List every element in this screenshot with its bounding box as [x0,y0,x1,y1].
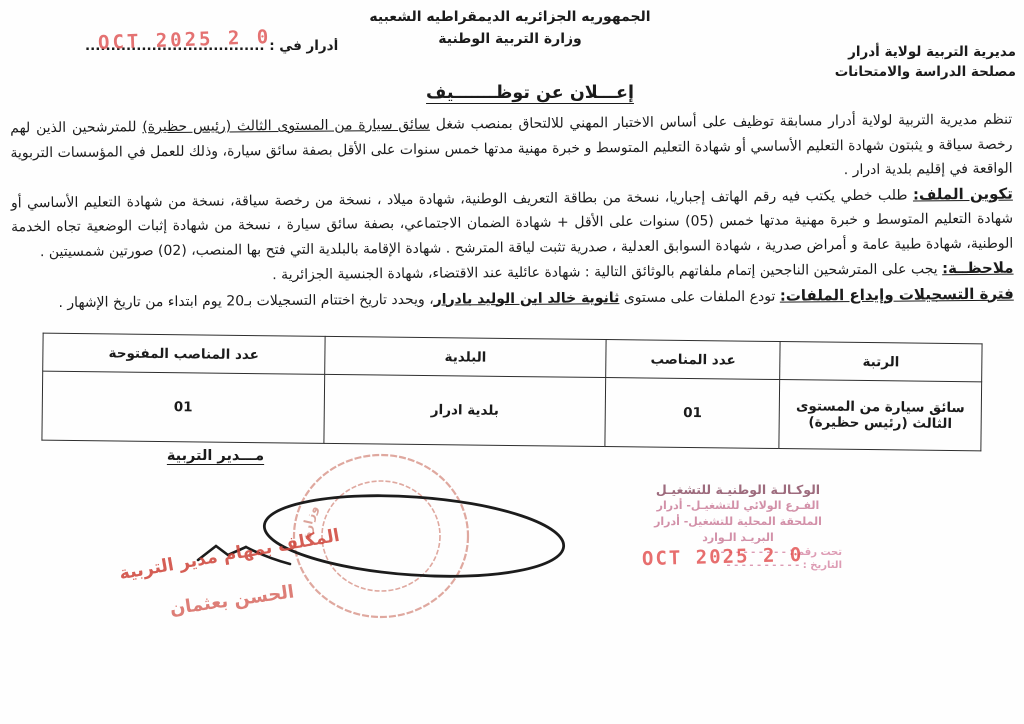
header-right: مديرية التربية لولاية أدرار مصلحة الدراس… [835,42,1016,82]
dossier-label: تكوين الملف: [913,184,1013,203]
cell-municipality: بلدية ادرار [324,374,606,446]
agency-line1: الوكـالـة الوطنيـة للتشغيـل [634,482,842,498]
intro-before: تنظم مديرية التربية لولاية أدرار مسابقة … [430,112,1012,133]
directorate-line: مديرية التربية لولاية أدرار [835,42,1016,62]
agency-line4: البريـد الـوارد [634,530,842,546]
registration-before: تودع الملفات على مستوى [619,288,780,305]
agency-line3: الملحقة المحلية للتشغيل- أدرار [634,514,842,530]
cell-open-positions: 01 [42,371,324,443]
positions-table: الرتبة عدد المناصب البلدية عدد المناصب ا… [41,333,982,452]
header-positions: عدد المناصب [606,340,780,380]
signature-scribble [172,488,582,596]
document-page: الجمهوريه الجزائريه الديمقراطيه الشعبيه … [0,0,1024,724]
cell-rank: سائق سيارة من المستوى الثالث (رئيس حظيرة… [779,380,982,451]
cell-positions: 01 [605,378,779,449]
date-stamp-agency: 0 2 OCT 2025 [642,544,804,570]
republic-title: الجمهوريه الجزائريه الديمقراطيه الشعبيه [314,6,706,28]
intro-underlined-post: سائق سيارة من المستوى الثالث (رئيس حظيرة… [142,117,430,136]
director-title: مـــدير التربية [148,448,283,464]
body-text: تنظم مديرية التربية لولاية أدرار مسابقة … [10,108,1014,316]
registration-school: ثانوية خالد ابن الوليد بادرار [434,290,620,308]
positions-table-wrap: الرتبة عدد المناصب البلدية عدد المناصب ا… [41,333,982,452]
service-line: مصلحة الدراسة والامتحانات [835,62,1016,82]
intro-paragraph: تنظم مديرية التربية لولاية أدرار مسابقة … [10,108,1013,190]
header-municipality: البلدية [324,336,606,377]
header-open-positions: عدد المناصب المفتوحة [43,333,325,374]
page-title: إعـــلان عن توظـــــــيف [405,83,655,103]
dossier-text: طلب خطي يكتب فيه رقم الهاتف إجباريا، نسخ… [11,187,1014,260]
dossier-paragraph: تكوين الملف: طلب خطي يكتب فيه رقم الهاتف… [11,181,1014,264]
agency-line2: الفـرع الولائي للتشغيـل- أدرار [634,498,842,514]
note-label: ملاحظــة: [942,259,1014,278]
table-row: سائق سيارة من المستوى الثالث (رئيس حظيرة… [42,371,982,451]
note-text: يجب على المترشحين الناجحين إتمام ملفاتهم… [272,261,942,283]
header-rank: الرتبة [780,342,982,382]
registration-after: ، ويحدد تاريخ اختتام التسجيلات بـ20 يوم … [58,291,433,310]
registration-label: فترة التسجيلات وإيداع الملفات: [780,284,1014,304]
